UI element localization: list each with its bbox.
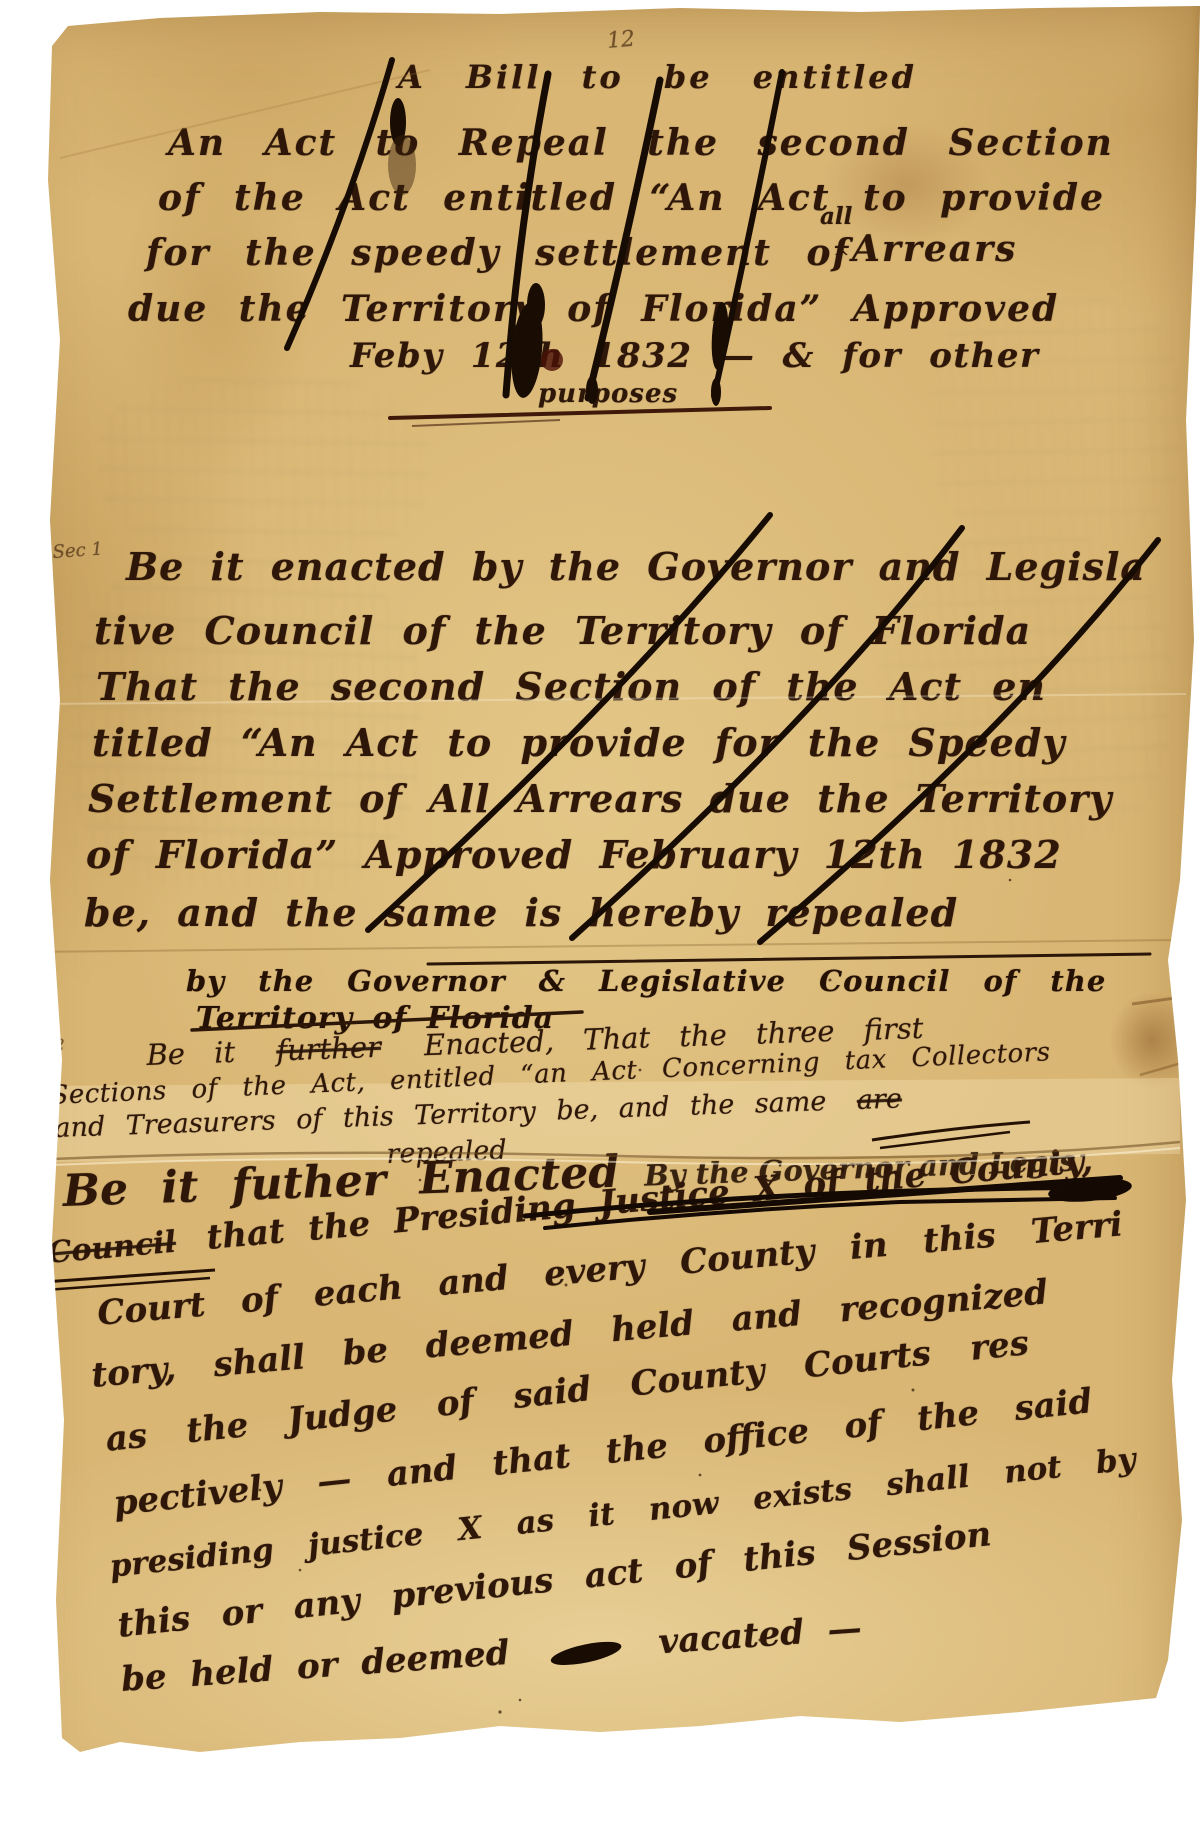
title-line-5: due the Territory of Florida” Approved <box>128 290 1059 330</box>
title-line-1: A Bill to be entitled <box>398 60 917 95</box>
section-2-marker: Sec 2 <box>20 1036 65 1054</box>
title-line-6: Feby 12th 1832 — & for other <box>350 338 1039 375</box>
scanned-document-page: 12 A Bill to be entitled An Act to Repea… <box>0 0 1200 1832</box>
inserted-word-all: all <box>820 204 852 229</box>
bleedthrough-texture <box>99 377 432 553</box>
ink-blot <box>549 1637 623 1670</box>
section-1-line-1: Be it enacted by the Governor and Legisl… <box>126 546 1146 588</box>
section-3-line-9-start: be held or deemed <box>120 1633 511 1700</box>
struck-word-are: are <box>856 1083 902 1116</box>
page-number-mark: 12 <box>606 28 636 55</box>
section-3-marker: Sec <box>4 1166 41 1188</box>
insertion-caret: ^ <box>833 246 850 268</box>
insertion-overline <box>428 954 1150 964</box>
strike-council <box>44 1270 215 1282</box>
tear-edge-right <box>1140 1060 1192 1075</box>
section-1-line-6: of Florida” Approved February 12th 1832 <box>86 834 1062 876</box>
manuscript-paper: 12 A Bill to be entitled An Act to Repea… <box>0 0 1200 1832</box>
section-1-line-4: titled “An Act to provide for the Speedy <box>92 722 1065 764</box>
section-1-line-3: That the second Section of the Act en <box>96 666 1046 708</box>
title-line-3: of the Act entitled “An Act to provide <box>158 179 1105 219</box>
section-1-line-2: tive Council of the Territory of Florida <box>94 610 1031 652</box>
section-1-line-7: be, and the same is hereby repealed <box>84 892 958 934</box>
title-line-2: An Act to Repeal the second Section <box>168 124 1114 164</box>
interlined-correction-line-1: by the Governor & Legislative Council of… <box>186 966 1106 998</box>
section-1-marker: Sec 1 <box>52 539 104 562</box>
title-line-7: purposes <box>538 380 678 409</box>
section-1-line-5: Settlement of All Arrears due the Territ… <box>88 778 1112 820</box>
strike-line-purposes <box>390 408 770 418</box>
struck-word-further: further <box>276 1030 382 1068</box>
title-line-4: for the speedy settlement of <box>146 234 850 274</box>
struck-word-council: Council <box>46 1225 177 1271</box>
section-3-line-9-end: vacated — <box>657 1608 863 1662</box>
bleedthrough-texture <box>928 298 1182 542</box>
section-3-marker-number: 3 <box>26 1200 43 1229</box>
strike-line-purposes <box>412 420 560 426</box>
crease-line <box>30 940 1180 952</box>
section-2-line-1-start: Be it <box>146 1035 236 1072</box>
tear-edge-right <box>1132 996 1190 1004</box>
title-line-4-end: Arrears <box>852 230 1017 270</box>
